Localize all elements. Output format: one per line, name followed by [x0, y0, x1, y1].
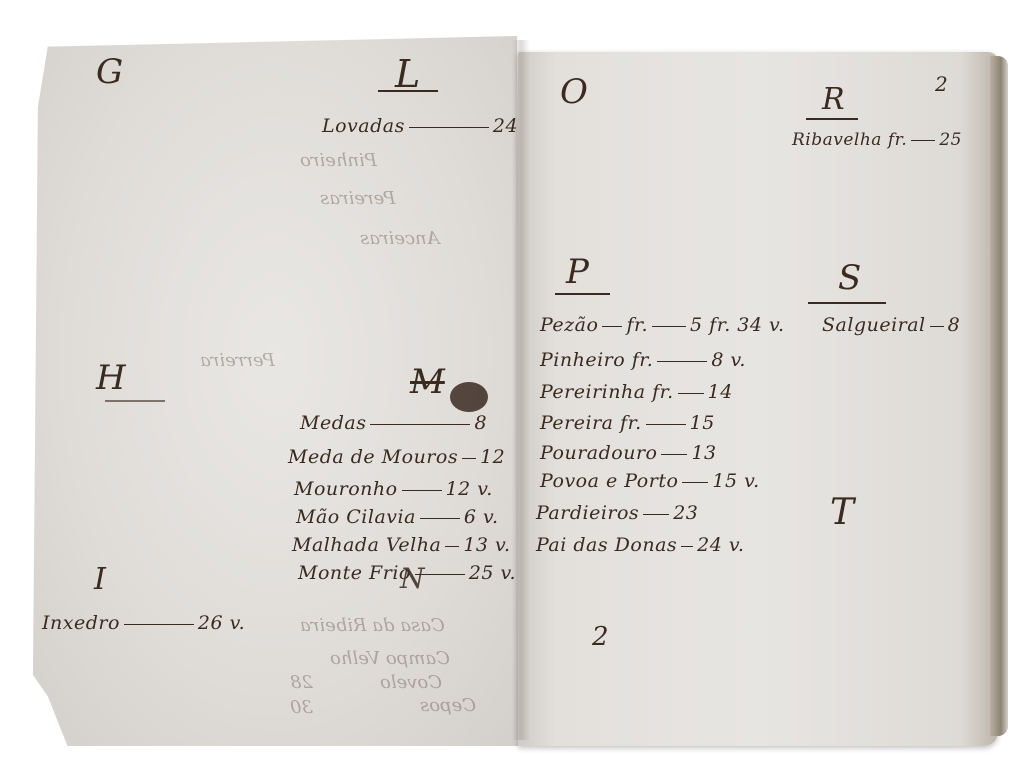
- bleed-through-text: Casa da Ribeira: [300, 615, 445, 636]
- corner-mark: 2: [935, 72, 948, 96]
- entry-mao-cilavia: Mão Cilavia6 v.: [296, 506, 499, 528]
- bleed-through-text: Pinheiro: [300, 150, 377, 171]
- entry-meda-de-mouros: Meda de Mouros12: [288, 446, 505, 468]
- bleed-through-text: Campo Velho: [330, 648, 450, 669]
- bleed-through-text: Perreira: [200, 350, 275, 371]
- section-underline: [808, 302, 886, 304]
- entry-pezao: Pezãofr.5 fr. 34 v.: [540, 314, 785, 336]
- entry-pereira: Pereira fr.15: [540, 412, 715, 434]
- entry-malhada-velha: Malhada Velha13 v.: [292, 534, 511, 556]
- section-underline: [555, 293, 610, 295]
- section-letter-r: R: [822, 82, 845, 117]
- section-letter-t: T: [830, 492, 854, 533]
- section-letter-i: I: [94, 562, 106, 597]
- bleed-through-text: 28: [290, 672, 313, 693]
- section-letter-m: M: [410, 362, 445, 402]
- entry-medas: Medas8: [300, 412, 487, 434]
- section-letter-n: N: [400, 562, 425, 595]
- entry-lovadas: Lovadas24: [322, 115, 518, 137]
- section-letter-h: H: [96, 358, 126, 398]
- entry-pouradouro: Pouradouro13: [540, 442, 717, 464]
- bleed-through-text: Anceiras: [360, 228, 440, 249]
- entry-povoa-e-porto: Povoa e Porto15 v.: [540, 470, 760, 492]
- section-letter-s: S: [838, 258, 861, 298]
- bleed-through-text: Pereiras: [320, 188, 396, 209]
- entry-pardieiros: Pardieiros23: [536, 502, 698, 524]
- entry-ribavelha: Ribavelha fr.25: [792, 130, 962, 150]
- ink-blot: [450, 382, 488, 412]
- entry-pai-das-donas: Pai das Donas24 v.: [536, 534, 744, 556]
- entry-pinheiro: Pinheiro fr.8 v.: [540, 349, 746, 371]
- page-number: 2: [592, 622, 609, 652]
- section-letter-o: O: [560, 72, 588, 112]
- section-letter-p: P: [566, 252, 589, 292]
- entry-pereirinha: Pereirinha fr.14: [540, 381, 733, 403]
- bleed-through-text: Covelo: [380, 672, 442, 693]
- page-edges: [990, 56, 1008, 736]
- open-ledger-book: G L Lovadas24 Pinheiro Pereiras Anceiras…: [0, 0, 1016, 763]
- bleed-through-text: 30: [290, 697, 313, 718]
- section-underline: [806, 118, 858, 120]
- section-underline: [378, 90, 438, 92]
- section-underline: [105, 400, 165, 402]
- entry-mouronho: Mouronho12 v.: [294, 478, 493, 500]
- bleed-through-text: Cepos: [420, 695, 476, 716]
- section-letter-g: G: [96, 52, 123, 92]
- entry-inxedro: Inxedro26 v.: [42, 612, 245, 634]
- book-gutter: [512, 40, 530, 740]
- entry-salgueiral: Salgueiral8: [822, 314, 960, 336]
